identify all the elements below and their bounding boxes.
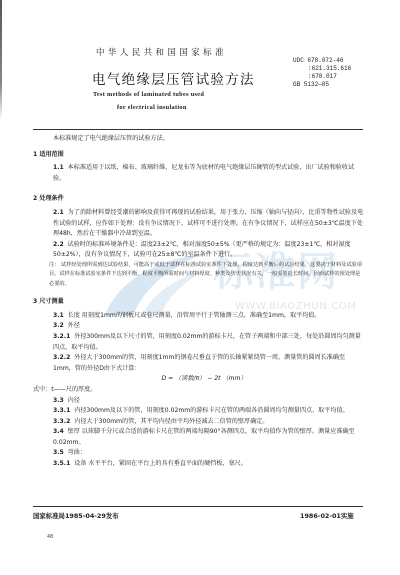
clause-3-5: 3.5 弯曲：: [33, 448, 365, 459]
section-3-heading: 3 尺寸测量: [33, 297, 365, 308]
udc-block: UDC 678.072-46 :621.315.616 :678.017 GB …: [293, 57, 351, 89]
clause-3-3: 3.3 内径: [33, 396, 365, 407]
clause-3-2-2: 3.2.2 外径大于300mm的管，用刻度1mm的钢卷尺垂直于管的长轴紧紧绕管一…: [33, 353, 365, 374]
gb-number: GB 5132—85: [293, 81, 351, 89]
clause-3-4: 3.4 壁厚 以球脚千分尺或合适的游标卡尺在管的两端每隔90°各测四点，取平均值…: [33, 427, 365, 448]
english-title-line1: Test methods of laminated tubes used: [93, 91, 204, 98]
note-paragraph: 注： 试样经处理所需到达试验结果，可能高于或低于试样在标准试验室条件下处理，程度…: [33, 261, 365, 289]
udc-line2: :621.315.616: [293, 65, 351, 73]
issue-date: 国家标准局1985-04-29发布: [33, 511, 119, 520]
clause-3-5-1: 3.5.1 设备 水平平台，紧固在平台上的具有垂直平面的硬挡板，塞尺。: [33, 459, 365, 470]
udc-line1: 678.072-46: [307, 57, 343, 64]
effective-date: 1986-02-01实施: [300, 511, 354, 520]
clause-2-1: 2.1 为了消除材料曾经受潮的影响及获得可再现的试验结果，用于张力、压缩（轴向与…: [33, 208, 365, 240]
document-title: 电气绝缘层压管试验方法: [92, 68, 255, 88]
clause-3-3-2: 3.3.2 内径大于300mm的管，其平均内径由平均外径减去二倍管的壁厚确定。: [33, 417, 365, 428]
section-2-heading: 2 处理条件: [33, 194, 365, 205]
document-body: 本标准规定了电气绝缘层压管的试验方法。 1 适用范围 1.1 本标准适用于以纸、…: [33, 134, 365, 470]
clause-1-1: 1.1 本标准适用于以纸、棉布、玻璃纤维、尼龙布等为底材的电气绝缘层压硬管的型式…: [33, 163, 365, 184]
bottom-rule: [33, 506, 363, 507]
clause-3-1: 3.1 长度 用刻度1mm的钢板尺或卷尺测量，沿管周平行于管轴测三点，准确至1m…: [33, 311, 365, 322]
page-number: 48: [47, 535, 53, 540]
clause-2-2: 2.2 试验时的标准环境条件是：温度23±2℃，相对湿度50±5%（更严格的规定…: [33, 240, 365, 261]
top-rule: [33, 129, 363, 130]
clause-3-2: 3.2 外径: [33, 321, 365, 332]
udc-line3: :678.017: [293, 73, 351, 81]
intro-paragraph: 本标准规定了电气绝缘层压管的试验方法。: [33, 134, 365, 145]
standard-name: 中华人民共和国国家标准: [96, 46, 227, 58]
udc-label: UDC: [293, 57, 304, 64]
section-1-heading: 1 适用范围: [33, 150, 365, 161]
formula-outer-diameter: D = （读数/π） − 2t （mm）: [33, 374, 365, 385]
scan-edge: [0, 0, 2, 120]
english-title-line2: for electrical insulation: [117, 104, 187, 111]
formula-where: 式中：t——尺的厚度。: [33, 385, 365, 396]
clause-3-3-1: 3.3.1 内径300mm及以下的管，用刻度0.02mm的游标卡尺在管的两端各沿…: [33, 406, 365, 417]
clause-3-2-1: 3.2.1 外径300mm及以下尺寸的管，用刻度0.02mm的游标卡尺，在管子两…: [33, 332, 365, 353]
